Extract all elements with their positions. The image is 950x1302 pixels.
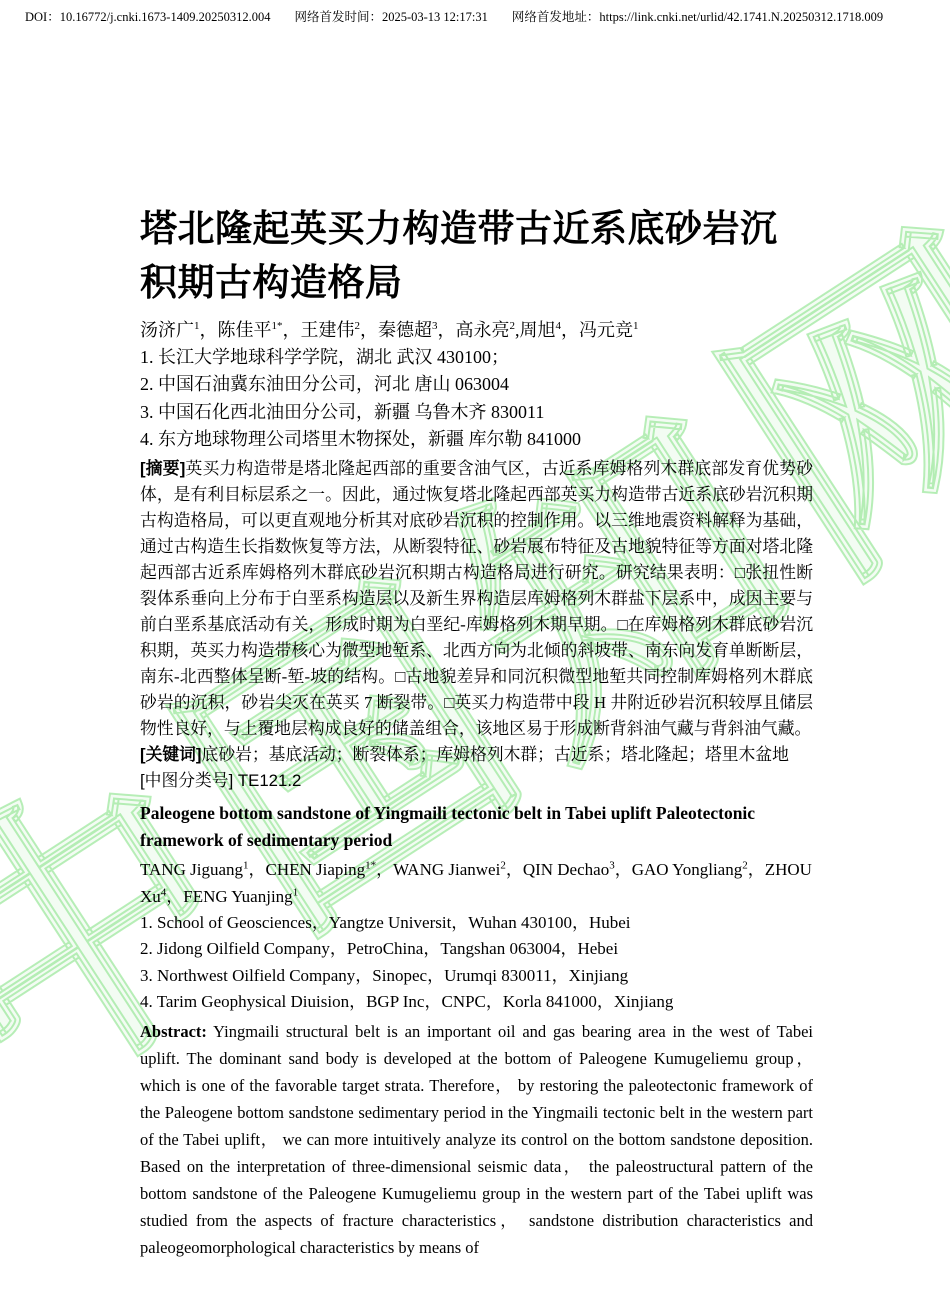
- keywords-cn: [关键词]底砂岩；基底活动；断裂体系；库姆格列木群；古近系；塔北隆起；塔里木盆地: [140, 742, 813, 768]
- authors-cn: 汤济广1，陈佳平1*，王建伟2，秦德超3，高永亮2,周旭4，冯元竞1: [140, 317, 813, 344]
- author: 王建伟2，: [301, 320, 379, 340]
- online-publish-url: 网络首发地址：https://link.cnki.net/urlid/42.17…: [512, 7, 883, 25]
- affiliation-cn: 4. 东方地球物理公司塔里木物探处，新疆 库尔勒 841000: [140, 426, 813, 454]
- article-content: 塔北隆起英买力构造带古近系底砂岩沉积期古构造格局 汤济广1，陈佳平1*，王建伟2…: [140, 0, 813, 1261]
- author: 冯元竞1: [579, 320, 639, 340]
- author: 高永亮2,: [456, 320, 520, 340]
- affiliations-en: 1. School of Geosciences，Yangtze Univers…: [140, 910, 813, 1016]
- author: GAO Yongliang2，: [632, 860, 765, 879]
- affiliation-cn: 3. 中国石化西北油田分公司，新疆 乌鲁木齐 830011: [140, 399, 813, 427]
- abstract-en: Abstract: Yingmaili structural belt is a…: [140, 1018, 813, 1261]
- affiliation-cn: 1. 长江大学地球科学学院，湖北 武汉 430100；: [140, 344, 813, 372]
- abstract-cn-label: [摘要]: [140, 459, 185, 478]
- author: FENG Yuanjing1: [183, 887, 298, 906]
- clc-label: [中图分类号]: [140, 771, 233, 790]
- online-publish-time: 网络首发时间：2025-03-13 12:17:31: [294, 7, 487, 25]
- author: TANG Jiguang1，: [140, 860, 266, 879]
- author: QIN Dechao3，: [523, 860, 632, 879]
- author: 陈佳平1*，: [218, 320, 301, 340]
- author: WANG Jianwei2，: [393, 860, 523, 879]
- first-publish-header: DOI：10.16772/j.cnki.1673-1409.20250312.0…: [25, 7, 940, 25]
- doi-text: DOI：10.16772/j.cnki.1673-1409.20250312.0…: [25, 7, 270, 25]
- affiliation-en: 3. Northwest Oilfield Company，Sinopec，Ur…: [140, 963, 813, 990]
- clc-number-line: [中图分类号] TE121.2: [140, 768, 813, 794]
- affiliations-cn: 1. 长江大学地球科学学院，湖北 武汉 430100；2. 中国石油冀东油田分公…: [140, 344, 813, 454]
- author: 周旭4，: [520, 320, 580, 340]
- abstract-en-text: Yingmaili structural belt is an importan…: [140, 1022, 813, 1257]
- abstract-en-label: Abstract:: [140, 1022, 207, 1041]
- abstract-cn: [摘要]英买力构造带是塔北隆起西部的重要含油气区，古近系库姆格列木群底部发育优势…: [140, 456, 813, 742]
- clc-value: TE121.2: [238, 771, 301, 790]
- paper-page: { "page": { "width": 950, "height": 1302…: [0, 0, 950, 1302]
- keywords-text: 底砂岩；基底活动；断裂体系；库姆格列木群；古近系；塔北隆起；塔里木盆地: [202, 745, 789, 764]
- author: 秦德超3，: [378, 320, 456, 340]
- article-title-en: Paleogene bottom sandstone of Yingmaili …: [140, 800, 813, 854]
- keywords-label: [关键词]: [140, 745, 202, 764]
- author: CHEN Jiaping1*，: [266, 860, 394, 879]
- affiliation-en: 1. School of Geosciences，Yangtze Univers…: [140, 910, 813, 937]
- affiliation-en: 4. Tarim Geophysical Diuision，BGP Inc，CN…: [140, 989, 813, 1016]
- article-title-cn: 塔北隆起英买力构造带古近系底砂岩沉积期古构造格局: [140, 202, 813, 311]
- affiliation-cn: 2. 中国石油冀东油田分公司，河北 唐山 063004: [140, 371, 813, 399]
- author: 汤济广1，: [140, 320, 218, 340]
- authors-en: TANG Jiguang1，CHEN Jiaping1*，WANG Jianwe…: [140, 856, 813, 910]
- abstract-cn-text: 英买力构造带是塔北隆起西部的重要含油气区，古近系库姆格列木群底部发育优势砂体，是…: [140, 459, 813, 738]
- affiliation-en: 2. Jidong Oilfield Company，PetroChina，Ta…: [140, 936, 813, 963]
